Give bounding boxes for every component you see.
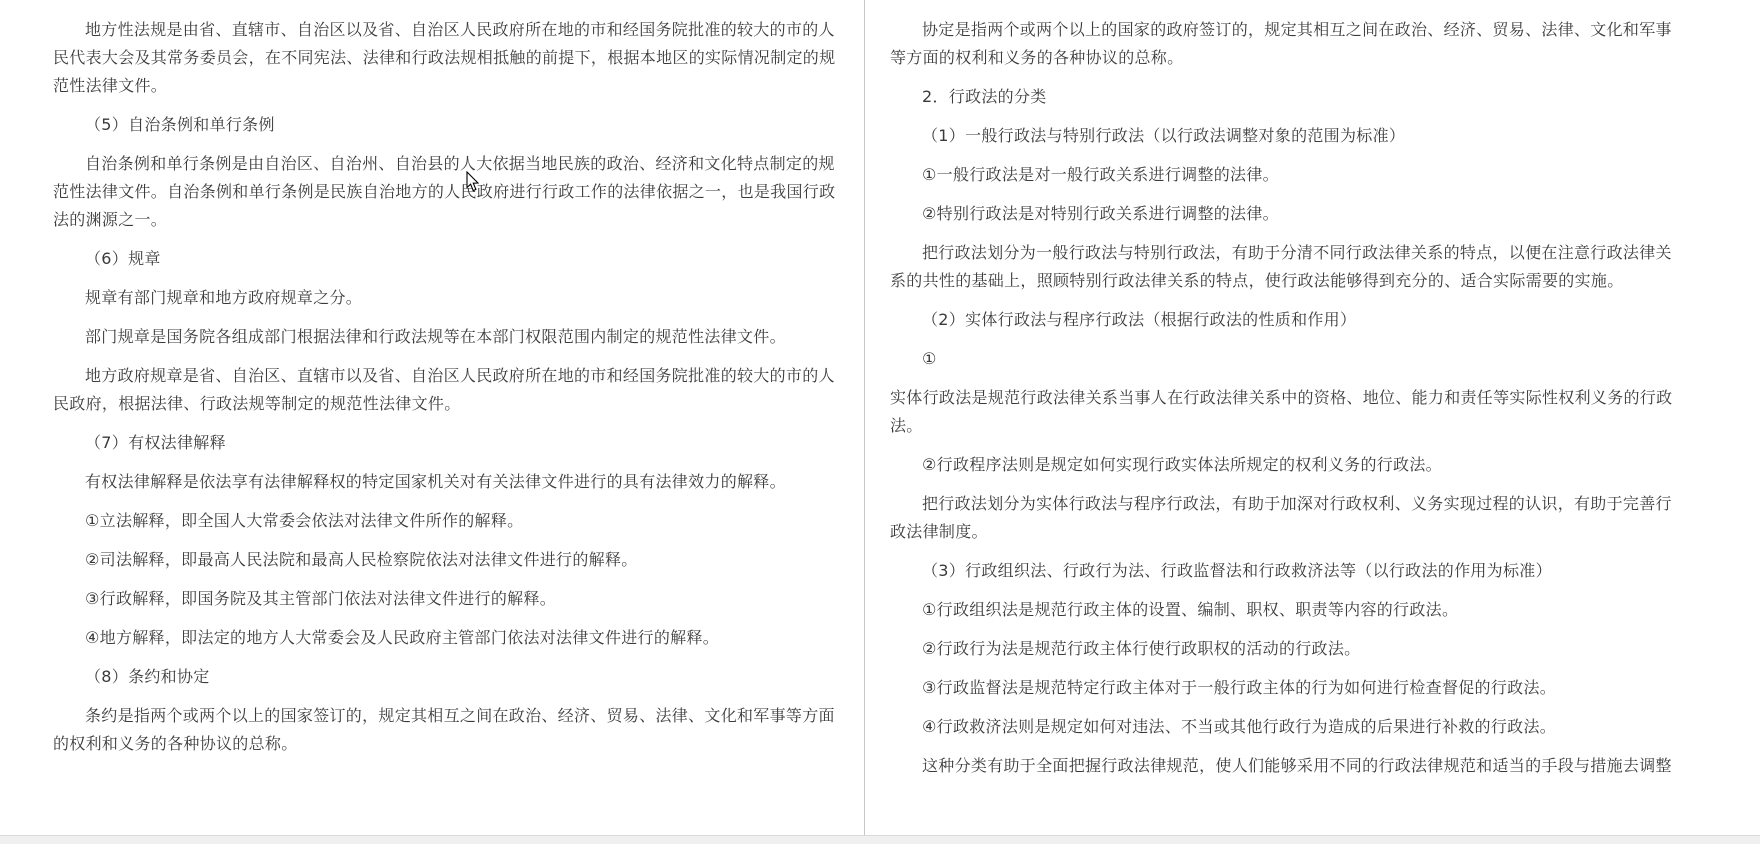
text-line: ④行政救济法则是规定如何对违法、不当或其他行政行为造成的后果进行补救的行政法。 <box>890 713 1740 741</box>
text-line: 范性法律文件。自治条例和单行条例是民族自治地方的人民政府进行行政工作的法律依据之… <box>53 178 843 206</box>
text-line: ④地方解释，即法定的地方人大常委会及人民政府主管部门依法对法律文件进行的解释。 <box>53 624 843 652</box>
text-line: ②行政行为法是规范行政主体行使行政职权的活动的行政法。 <box>890 635 1740 663</box>
text-line: 这种分类有助于全面把握行政法律规范，使人们能够采用不同的行政法律规范和适当的手段… <box>890 752 1740 780</box>
text-line: ②行政程序法则是规定如何实现行政实体法所规定的权利义务的行政法。 <box>890 451 1740 479</box>
paragraph: 2．行政法的分类 <box>890 83 1740 111</box>
text-line: ①立法解释，即全国人大常委会依法对法律文件所作的解释。 <box>53 507 843 535</box>
paragraph: ①一般行政法是对一般行政关系进行调整的法律。 <box>890 161 1740 189</box>
paragraph: 地方政府规章是省、自治区、直辖市以及省、自治区人民政府所在地的市和经国务院批准的… <box>53 362 843 418</box>
paragraph: （7）有权法律解释 <box>53 429 843 457</box>
text-line: （8）条约和协定 <box>53 663 843 691</box>
paragraph: ③行政解释，即国务院及其主管部门依法对法律文件进行的解释。 <box>53 585 843 613</box>
paragraph: ① <box>890 345 1740 373</box>
text-line: （2）实体行政法与程序行政法（根据行政法的性质和作用） <box>890 306 1740 334</box>
paragraph: ①立法解释，即全国人大常委会依法对法律文件所作的解释。 <box>53 507 843 535</box>
paragraph: ③行政监督法是规范特定行政主体对于一般行政主体的行为如何进行检查督促的行政法。 <box>890 674 1740 702</box>
horizontal-scrollbar[interactable] <box>0 835 1760 844</box>
text-line: 民政府，根据法律、行政法规等制定的规范性法律文件。 <box>53 390 843 418</box>
text-line: （5）自治条例和单行条例 <box>53 111 843 139</box>
text-line: 地方政府规章是省、自治区、直辖市以及省、自治区人民政府所在地的市和经国务院批准的… <box>53 362 843 390</box>
paragraph: 自治条例和单行条例是由自治区、自治州、自治县的人大依据当地民族的政治、经济和文化… <box>53 150 843 234</box>
paragraph: 有权法律解释是依法享有法律解释权的特定国家机关对有关法律文件进行的具有法律效力的… <box>53 468 843 496</box>
text-line: （1）一般行政法与特别行政法（以行政法调整对象的范围为标准） <box>890 122 1740 150</box>
paragraph: 这种分类有助于全面把握行政法律规范，使人们能够采用不同的行政法律规范和适当的手段… <box>890 752 1740 780</box>
text-line: 实体行政法是规范行政法律关系当事人在行政法律关系中的资格、地位、能力和责任等实际… <box>890 384 1740 412</box>
text-line: 把行政法划分为一般行政法与特别行政法，有助于分清不同行政法律关系的特点，以便在注… <box>890 239 1740 267</box>
paragraph: ④地方解释，即法定的地方人大常委会及人民政府主管部门依法对法律文件进行的解释。 <box>53 624 843 652</box>
paragraph: （5）自治条例和单行条例 <box>53 111 843 139</box>
paragraph: 实体行政法是规范行政法律关系当事人在行政法律关系中的资格、地位、能力和责任等实际… <box>890 384 1740 440</box>
text-line: （3）行政组织法、行政行为法、行政监督法和行政救济法等（以行政法的作用为标准） <box>890 557 1740 585</box>
paragraph: ②行政程序法则是规定如何实现行政实体法所规定的权利义务的行政法。 <box>890 451 1740 479</box>
text-line: ②特别行政法是对特别行政关系进行调整的法律。 <box>890 200 1740 228</box>
paragraph: ④行政救济法则是规定如何对违法、不当或其他行政行为造成的后果进行补救的行政法。 <box>890 713 1740 741</box>
text-line: 有权法律解释是依法享有法律解释权的特定国家机关对有关法律文件进行的具有法律效力的… <box>53 468 843 496</box>
page-break-divider <box>864 0 865 835</box>
paragraph: 把行政法划分为一般行政法与特别行政法，有助于分清不同行政法律关系的特点，以便在注… <box>890 239 1740 295</box>
text-line: 法。 <box>890 412 1740 440</box>
paragraph: （2）实体行政法与程序行政法（根据行政法的性质和作用） <box>890 306 1740 334</box>
paragraph: 把行政法划分为实体行政法与程序行政法，有助于加深对行政权利、义务实现过程的认识，… <box>890 490 1740 546</box>
text-line: ① <box>890 345 1740 373</box>
text-line: 2．行政法的分类 <box>890 83 1740 111</box>
paragraph: 地方性法规是由省、直辖市、自治区以及省、自治区人民政府所在地的市和经国务院批准的… <box>53 16 843 100</box>
text-line: 法的渊源之一。 <box>53 206 843 234</box>
text-line: ③行政监督法是规范特定行政主体对于一般行政主体的行为如何进行检查督促的行政法。 <box>890 674 1740 702</box>
paragraph: 条约是指两个或两个以上的国家签订的，规定其相互之间在政治、经济、贸易、法律、文化… <box>53 702 843 758</box>
text-line: 等方面的权利和义务的各种协议的总称。 <box>890 44 1740 72</box>
text-line: 的权利和义务的各种协议的总称。 <box>53 730 843 758</box>
text-line: 协定是指两个或两个以上的国家的政府签订的，规定其相互之间在政治、经济、贸易、法律… <box>890 16 1740 44</box>
text-line: 民代表大会及其常务委员会，在不同宪法、法律和行政法规相抵触的前提下，根据本地区的… <box>53 44 843 72</box>
text-line: 系的共性的基础上，照顾特别行政法律关系的特点，使行政法能够得到充分的、适合实际需… <box>890 267 1740 295</box>
document-viewer: 地方性法规是由省、直辖市、自治区以及省、自治区人民政府所在地的市和经国务院批准的… <box>0 0 1760 844</box>
text-line: （6）规章 <box>53 245 843 273</box>
paragraph: 部门规章是国务院各组成部门根据法律和行政法规等在本部门权限范围内制定的规范性法律… <box>53 323 843 351</box>
text-line: 地方性法规是由省、直辖市、自治区以及省、自治区人民政府所在地的市和经国务院批准的… <box>53 16 843 44</box>
text-line: （7）有权法律解释 <box>53 429 843 457</box>
document-page-right[interactable]: 协定是指两个或两个以上的国家的政府签订的，规定其相互之间在政治、经济、贸易、法律… <box>866 0 1760 826</box>
text-line: 部门规章是国务院各组成部门根据法律和行政法规等在本部门权限范围内制定的规范性法律… <box>53 323 843 351</box>
text-line: ②司法解释，即最高人民法院和最高人民检察院依法对法律文件进行的解释。 <box>53 546 843 574</box>
text-line: 自治条例和单行条例是由自治区、自治州、自治县的人大依据当地民族的政治、经济和文化… <box>53 150 843 178</box>
paragraph: （1）一般行政法与特别行政法（以行政法调整对象的范围为标准） <box>890 122 1740 150</box>
document-page-left[interactable]: 地方性法规是由省、直辖市、自治区以及省、自治区人民政府所在地的市和经国务院批准的… <box>0 0 863 826</box>
text-line: 条约是指两个或两个以上的国家签订的，规定其相互之间在政治、经济、贸易、法律、文化… <box>53 702 843 730</box>
text-line: ①一般行政法是对一般行政关系进行调整的法律。 <box>890 161 1740 189</box>
paragraph: ②行政行为法是规范行政主体行使行政职权的活动的行政法。 <box>890 635 1740 663</box>
text-line: ①行政组织法是规范行政主体的设置、编制、职权、职责等内容的行政法。 <box>890 596 1740 624</box>
paragraph: ②特别行政法是对特别行政关系进行调整的法律。 <box>890 200 1740 228</box>
paragraph: （3）行政组织法、行政行为法、行政监督法和行政救济法等（以行政法的作用为标准） <box>890 557 1740 585</box>
text-line: 政法律制度。 <box>890 518 1740 546</box>
text-line: ③行政解释，即国务院及其主管部门依法对法律文件进行的解释。 <box>53 585 843 613</box>
paragraph: 规章有部门规章和地方政府规章之分。 <box>53 284 843 312</box>
paragraph: ②司法解释，即最高人民法院和最高人民检察院依法对法律文件进行的解释。 <box>53 546 843 574</box>
paragraph: 协定是指两个或两个以上的国家的政府签订的，规定其相互之间在政治、经济、贸易、法律… <box>890 16 1740 72</box>
text-line: 范性法律文件。 <box>53 72 843 100</box>
paragraph: （8）条约和协定 <box>53 663 843 691</box>
text-line: 规章有部门规章和地方政府规章之分。 <box>53 284 843 312</box>
paragraph: ①行政组织法是规范行政主体的设置、编制、职权、职责等内容的行政法。 <box>890 596 1740 624</box>
text-line: 把行政法划分为实体行政法与程序行政法，有助于加深对行政权利、义务实现过程的认识，… <box>890 490 1740 518</box>
paragraph: （6）规章 <box>53 245 843 273</box>
